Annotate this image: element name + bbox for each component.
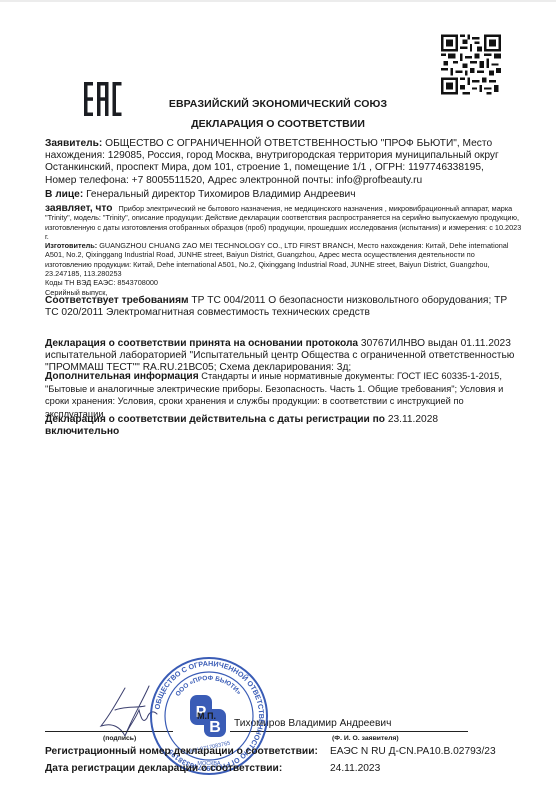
additional-info-section: Дополнительная информация Стандарты и ин… [45, 370, 515, 420]
stamp-place-mark: М.П. [197, 711, 216, 721]
validity-section: Декларация о соответствии действительна … [45, 414, 515, 438]
registration-date-label: Дата регистрации декларации о соответств… [45, 763, 330, 774]
declares-section: заявляет, чтоПрибор электрический не быт… [45, 204, 523, 297]
registration-date-row: Дата регистрации декларации о соответств… [45, 763, 380, 774]
fio-caption: (Ф. И. О. заявителя) [332, 735, 399, 742]
represented-by-text: Генеральный директор Тихомиров Владимир … [83, 189, 355, 200]
manufacturer-label: Изготовитель: [45, 241, 97, 250]
applicant-text: ОБЩЕСТВО С ОГРАНИЧЕННОЙ ОТВЕТСТВЕННОСТЬЮ… [45, 138, 499, 186]
registration-date-value: 24.11.2023 [330, 763, 380, 774]
manufacturer-text: GUANGZHOU CHUANG ZAO MEI TECHNOLOGY CO.,… [45, 241, 509, 278]
page-top-edge [0, 0, 556, 2]
validity-date: 23.11.2028 [385, 414, 438, 425]
conforms-label: Соответствует требованиям [45, 295, 189, 306]
tnved-code: Коды ТН ВЭД ЕАЭС: 8543708000 [45, 278, 158, 287]
union-heading: ЕВРАЗИЙСКИЙ ЭКОНОМИЧЕСКИЙ СОЮЗ [0, 98, 556, 110]
signature-caption: (подпись) [103, 735, 136, 742]
validity-label: Декларация о соответствии действительна … [45, 414, 385, 425]
applicant-section: Заявитель: ОБЩЕСТВО С ОГРАНИЧЕННОЙ ОТВЕТ… [45, 138, 515, 187]
registration-number-value: ЕАЭС N RU Д-CN.РА10.В.02793/23 [330, 746, 496, 757]
represented-by-label: В лице: [45, 189, 83, 200]
conforms-section: Соответствует требованиям ТР ТС 004/2011… [45, 295, 515, 319]
svg-text:B: B [209, 719, 221, 736]
registration-number-label: Регистрационный номер декларации о соотв… [45, 746, 330, 757]
qr-code-icon[interactable] [441, 33, 501, 96]
declares-text: Прибор электрический не бытового назначе… [45, 204, 521, 241]
document-title: ДЕКЛАРАЦИЯ О СООТВЕТСТВИИ [0, 118, 556, 130]
additional-info-label: Дополнительная информация [45, 371, 199, 382]
validity-suffix: включительно [45, 426, 119, 437]
basis-label: Декларация о соответствии принята на осн… [45, 338, 358, 349]
represented-by-section: В лице: Генеральный директор Тихомиров В… [45, 189, 515, 201]
registration-number-row: Регистрационный номер декларации о соотв… [45, 746, 496, 757]
applicant-label: Заявитель: [45, 138, 102, 149]
